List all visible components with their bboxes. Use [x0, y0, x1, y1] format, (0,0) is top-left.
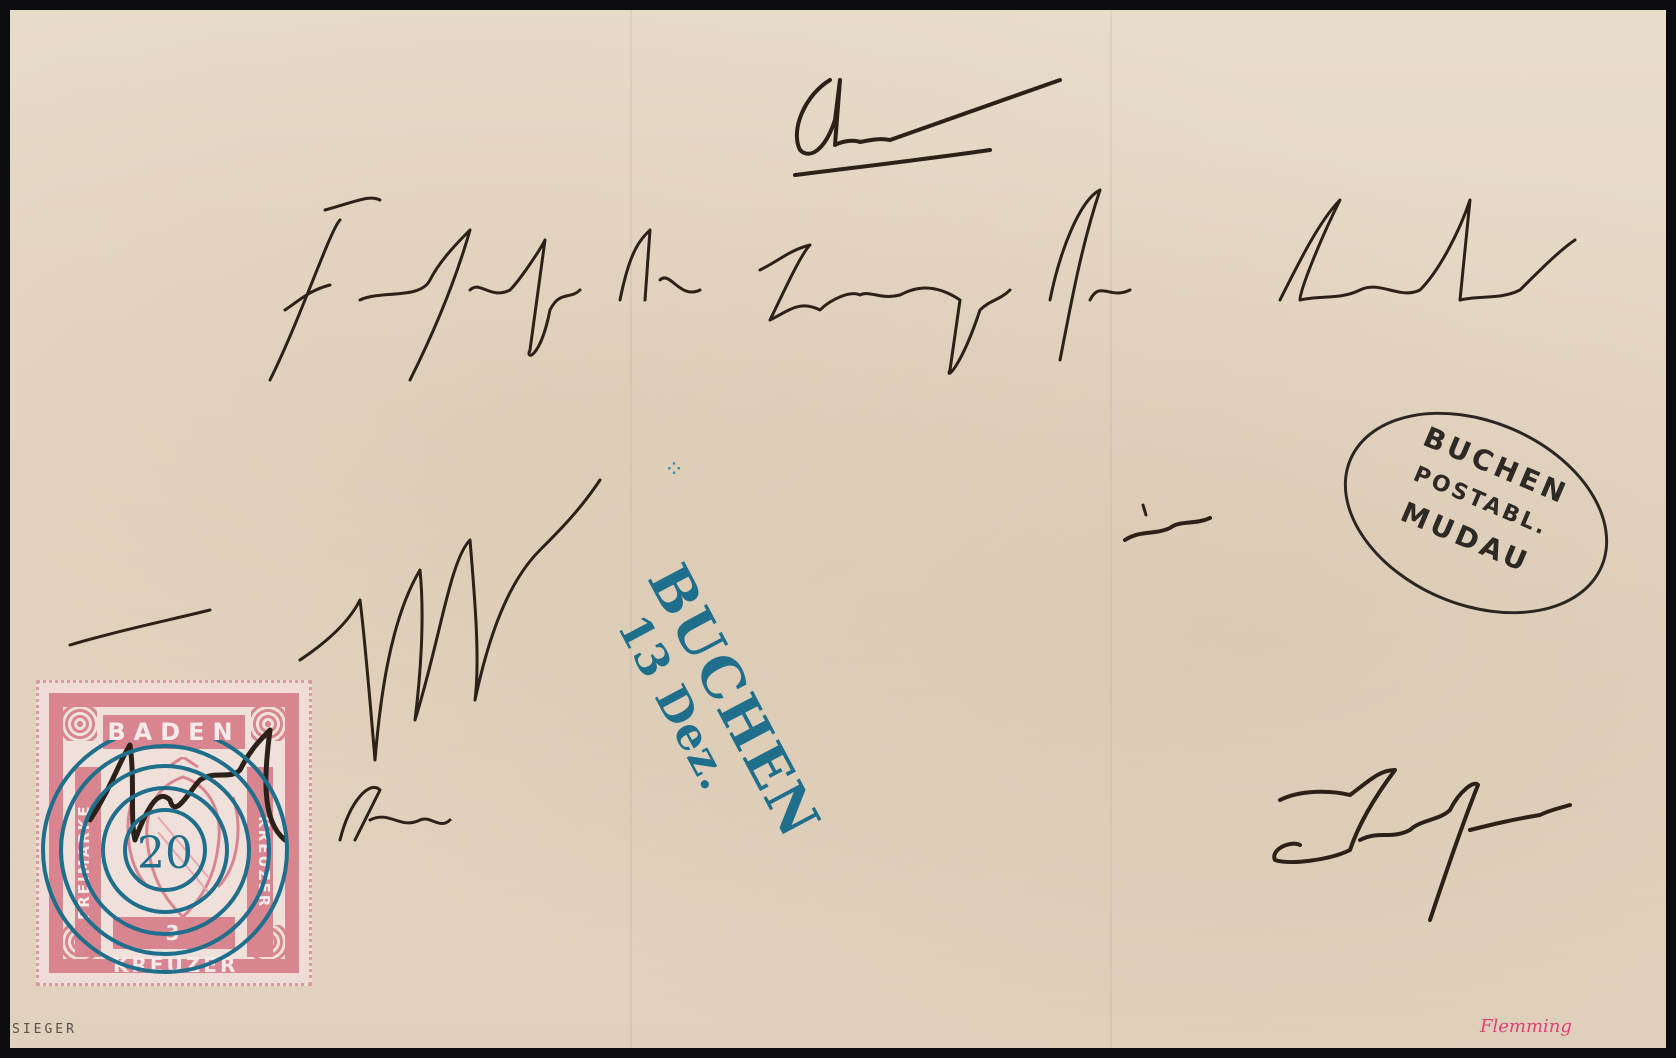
svg-text:20: 20	[137, 828, 193, 879]
partial-cancel-mark: ⁘	[664, 455, 694, 505]
numeral-cancel: 20	[40, 740, 300, 1000]
expert-signature: Flemming	[1480, 1016, 1572, 1037]
auction-imprint: SIEGER	[12, 1022, 77, 1037]
